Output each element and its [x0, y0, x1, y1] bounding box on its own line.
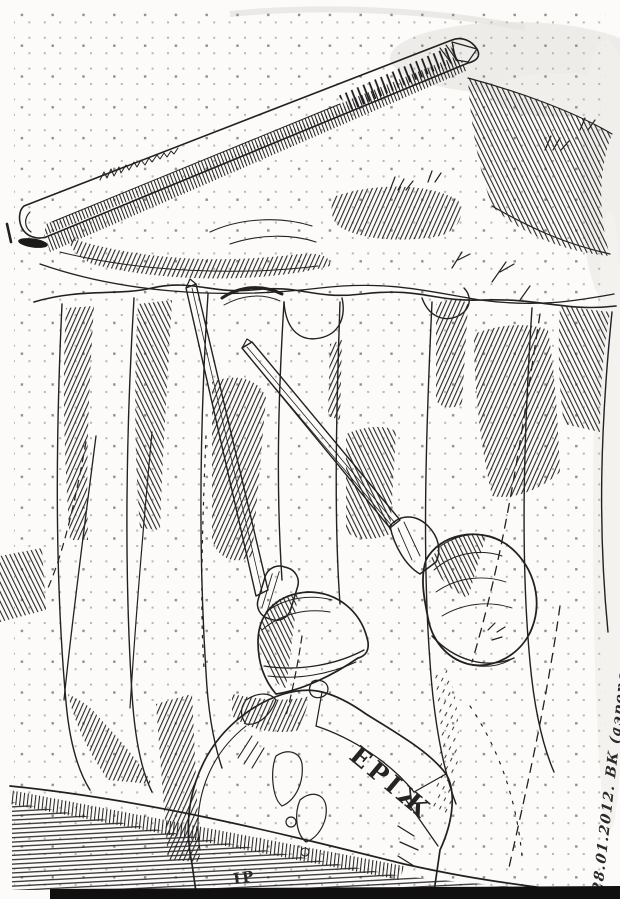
hatch-patch — [328, 340, 342, 420]
plaque-partial-lettering: ІР — [232, 867, 257, 888]
scanned-sketch-page: ЕРІЖ ІР — [0, 0, 620, 899]
hatch-patch — [0, 548, 46, 622]
ink-sketch-canvas: ЕРІЖ ІР — [0, 0, 620, 899]
hatch-patch — [474, 325, 560, 497]
hatch-patch — [332, 187, 462, 240]
